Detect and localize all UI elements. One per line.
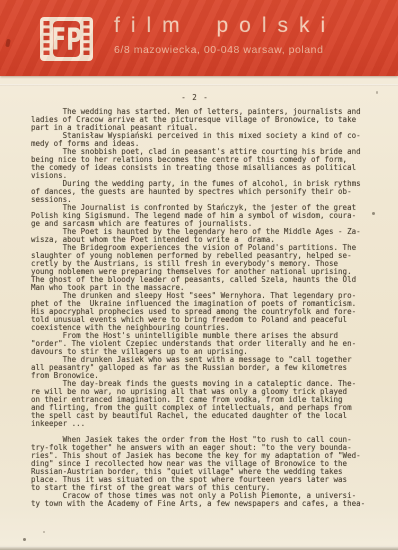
paragraph: The Bridegroom experiences the vision of…	[31, 244, 371, 292]
ink-speck	[43, 531, 45, 533]
paragraph: Stanisław Wyspiański perceived in this m…	[31, 132, 371, 148]
typewritten-text-block: - 2 - The wedding has started. Men of le…	[31, 94, 371, 508]
paragraph: The day-break finds the guests moving in…	[31, 380, 371, 428]
letterhead-banner: FP film polski 6/8 mazowiecka, 00-048 wa…	[0, 0, 398, 76]
ink-speck	[23, 538, 26, 541]
paragraph: Cracow of those times was not only a Pol…	[31, 492, 371, 508]
film-polski-filmstrip-logo-icon: FP	[40, 17, 93, 61]
paragraph: When Jasiek takes the order from the Hos…	[31, 436, 371, 492]
paragraph: The Poet is haunted by the legendary her…	[31, 228, 371, 244]
paragraph: The drunken Jasiek who was sent with a m…	[31, 356, 371, 380]
brand-title: film polski	[114, 13, 336, 39]
brand-address: 6/8 mazowiecka, 00-048 warsaw, poland	[114, 44, 336, 57]
page-number: - 2 -	[31, 94, 359, 102]
brand-block: film polski 6/8 mazowiecka, 00-048 warsa…	[114, 13, 336, 57]
document-page: FP film polski 6/8 mazowiecka, 00-048 wa…	[0, 0, 398, 550]
logo-monogram: FP	[51, 23, 82, 57]
paragraph: During the wedding party, in the fumes o…	[31, 180, 371, 204]
banner-scratch-mark	[5, 39, 11, 48]
ink-speck	[376, 91, 378, 94]
paragraph: The snobbish poet, clad in peasant's att…	[31, 148, 371, 180]
paper-crease	[0, 84, 398, 86]
paper-bottom-edge	[0, 546, 398, 550]
paragraph: The wedding has started. Men of letters,…	[31, 108, 371, 132]
ink-speck	[372, 212, 375, 215]
paragraph: The drunken and sleepy Host "sees" Werny…	[31, 292, 371, 332]
paragraph: From the Host's unintelligible mumble th…	[31, 332, 371, 356]
paragraph: The Journalist is confronted by Stańczyk…	[31, 204, 371, 228]
